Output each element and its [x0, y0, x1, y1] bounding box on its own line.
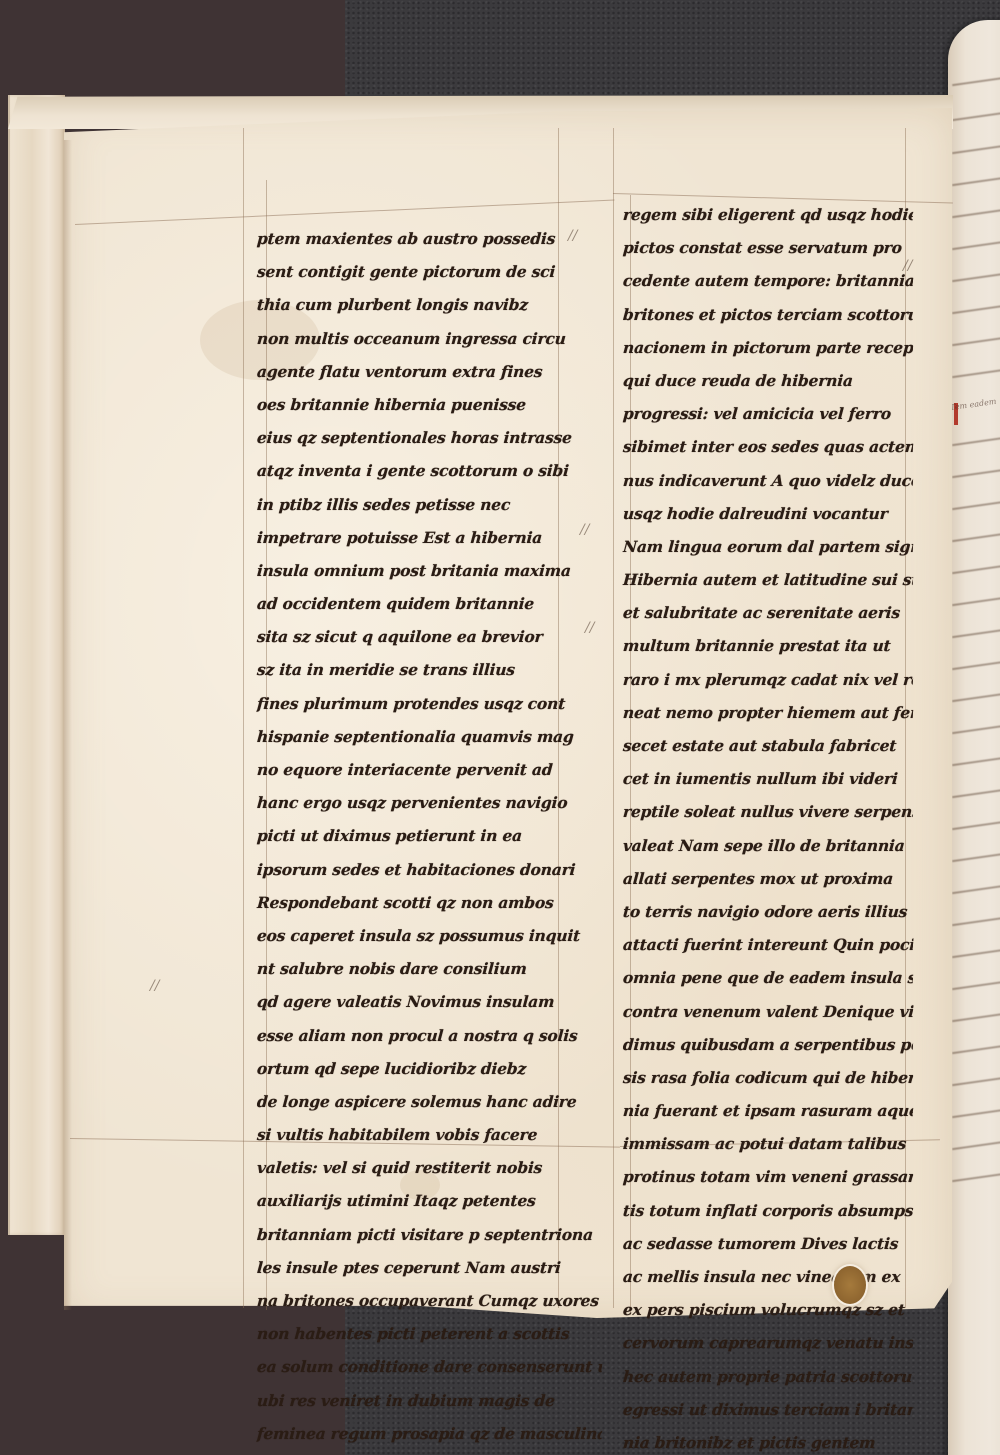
- text-column-right: regem sibi eligerent qd usqz hodie apud …: [623, 198, 913, 1455]
- text-line: britanniam picti visitare p septentriona: [256, 1218, 603, 1251]
- text-line: ac sedasse tumorem Dives lactis: [622, 1227, 914, 1260]
- ruling-line-vertical: [243, 128, 244, 1308]
- text-line: cet in iumentis nullum ibi videri: [622, 762, 914, 795]
- text-line: hispanie septentionalia quamvis mag: [256, 720, 603, 753]
- text-line: raro i mx plerumqz cadat nix vel rema: [622, 663, 914, 696]
- text-line: regem sibi eligerent qd usqz hodie apud: [622, 198, 914, 231]
- text-line: multum britannie prestat ita ut: [622, 629, 914, 662]
- text-line: valeat Nam sepe illo de britannia: [622, 829, 914, 862]
- text-line: ipsorum sedes et habitaciones donari: [256, 853, 603, 886]
- text-line: esse aliam non procul a nostra q solis: [256, 1019, 603, 1052]
- text-line: immissam ac potui datam talibus: [622, 1127, 914, 1160]
- text-line: cervorum caprearumqz venatu insignis: [622, 1326, 914, 1359]
- facing-page-edge: Tem eadem: [948, 20, 1000, 1455]
- text-line: omnia pene que de eadem insula sunt: [622, 961, 914, 994]
- text-line: allati serpentes mox ut proxima: [622, 862, 914, 895]
- margin-mark: //: [150, 978, 159, 994]
- text-line: cedente autem tempore: britannia post: [622, 264, 914, 297]
- text-line: no equore interiacente pervenit ad: [256, 753, 603, 786]
- text-line: de longe aspicere solemus hanc adire: [256, 1085, 603, 1118]
- text-line: auxiliarijs utimini Itaqz petentes: [256, 1184, 603, 1217]
- text-line: valetis: vel si quid restiterit nobis: [256, 1151, 603, 1184]
- text-line: Nam lingua eorum dal partem significat: [622, 530, 914, 563]
- text-line: atqz inventa i gente scottorum o sibi: [256, 454, 603, 487]
- text-line: les insule ptes ceperunt Nam austri: [256, 1251, 603, 1284]
- text-line: progressi: vel amicicia vel ferro: [622, 397, 914, 430]
- text-line: hanc ergo usqz pervenientes navigio: [256, 786, 603, 819]
- text-line: ea solum conditione dare consenserunt ut: [256, 1350, 603, 1383]
- text-line: na britones occupaverant Cumqz uxores: [256, 1284, 603, 1317]
- text-line: oes britannie hibernia puenisse: [256, 388, 603, 421]
- text-line: et salubritate ac serenitate aeris: [622, 596, 914, 629]
- text-line: Respondebant scotti qz non ambos: [256, 886, 603, 919]
- text-line: egressi ut diximus terciam i britan: [622, 1393, 914, 1426]
- text-line: attacti fuerint intereunt Quin pocius: [622, 928, 914, 961]
- text-line: sis rasa folia codicum qui de hiber: [622, 1061, 914, 1094]
- text-line: picti ut diximus petierunt in ea: [256, 819, 603, 852]
- text-line: thia cum plurbent longis navibz: [256, 288, 603, 321]
- text-line: reptile soleat nullus vivere serpens: [622, 795, 914, 828]
- text-line: si vultis habitabilem vobis facere: [256, 1118, 603, 1151]
- text-line: nia britonibz et pictis gentem: [622, 1426, 914, 1455]
- text-line: neat nemo propter hiemem aut fena: [622, 696, 914, 729]
- text-line: nacionem in pictorum parte recepit: [622, 331, 914, 364]
- text-line: insula omnium post britania maxima: [256, 554, 603, 587]
- text-line: contra venenum valent Denique vi: [622, 995, 914, 1028]
- text-line: hec autem proprie patria scottorum est a…: [622, 1360, 914, 1393]
- text-line: sent contigit gente pictorum de sci: [256, 255, 603, 288]
- text-column-left: ptem maxientes ab austro possedis sent c…: [257, 222, 602, 1450]
- text-line: tis totum inflati corporis absumpsisse: [622, 1194, 914, 1227]
- text-line: in ptibz illis sedes petisse nec: [256, 488, 603, 521]
- text-line: ad occidentem quidem britannie: [256, 587, 603, 620]
- text-line: britones et pictos terciam scottorum: [622, 298, 914, 331]
- text-line: non habentes picti peterent a scottis: [256, 1317, 603, 1350]
- parchment-hole: [834, 1266, 866, 1304]
- text-line: qui duce reuda de hibernia: [622, 364, 914, 397]
- text-line: usqz hodie dalreudini vocantur: [622, 497, 914, 530]
- text-line: eius qz septentionales horas intrasse: [256, 421, 603, 454]
- ruling-line-vertical: [613, 128, 614, 1308]
- binding-cover-edge: [8, 95, 65, 1235]
- text-line: secet estate aut stabula fabricet: [622, 729, 914, 762]
- text-line: ac mellis insula nec vinearum ex: [622, 1260, 914, 1293]
- text-line: eos caperet insula sz possumus inquit: [256, 919, 603, 952]
- text-line: agente flatu ventorum extra fines: [256, 355, 603, 388]
- text-line: sibimet inter eos sedes quas actenus: [622, 430, 914, 463]
- text-line: nt salubre nobis dare consilium: [256, 952, 603, 985]
- text-line: ptem maxientes ab austro possedis: [256, 222, 603, 255]
- text-line: nia fuerant et ipsam rasuram aque: [622, 1094, 914, 1127]
- facing-page-fragment: Tem eadem: [950, 397, 997, 412]
- text-line: dimus quibusdam a serpentibus percus: [622, 1028, 914, 1061]
- text-line: pictos constat esse servatum pro: [622, 231, 914, 264]
- text-line: sz ita in meridie se trans illius: [256, 653, 603, 686]
- text-line: ubi res veniret in dubium magis de: [256, 1384, 603, 1417]
- text-line: feminea regum prosapia qz de masculina: [256, 1417, 603, 1450]
- text-line: ortum qd sepe lucidioribz diebz: [256, 1052, 603, 1085]
- text-line: non multis occeanum ingressa circu: [256, 322, 603, 355]
- text-line: impetrare potuisse Est a hibernia: [256, 521, 603, 554]
- text-line: to terris navigio odore aeris illius: [622, 895, 914, 928]
- text-line: protinus totam vim veneni grassan: [622, 1160, 914, 1193]
- text-line: qd agere valeatis Novimus insulam: [256, 985, 603, 1018]
- text-line: ex pers piscium volucrumqz sz et: [622, 1293, 914, 1326]
- text-line: sita sz sicut q aquilone ea brevior: [256, 620, 603, 653]
- folio-gutter-shadow: [64, 140, 72, 1310]
- text-line: Hibernia autem et latitudine sui status: [622, 563, 914, 596]
- text-line: nus indicaverunt A quo videlz duce: [622, 464, 914, 497]
- text-line: fines plurimum protendes usqz cont: [256, 687, 603, 720]
